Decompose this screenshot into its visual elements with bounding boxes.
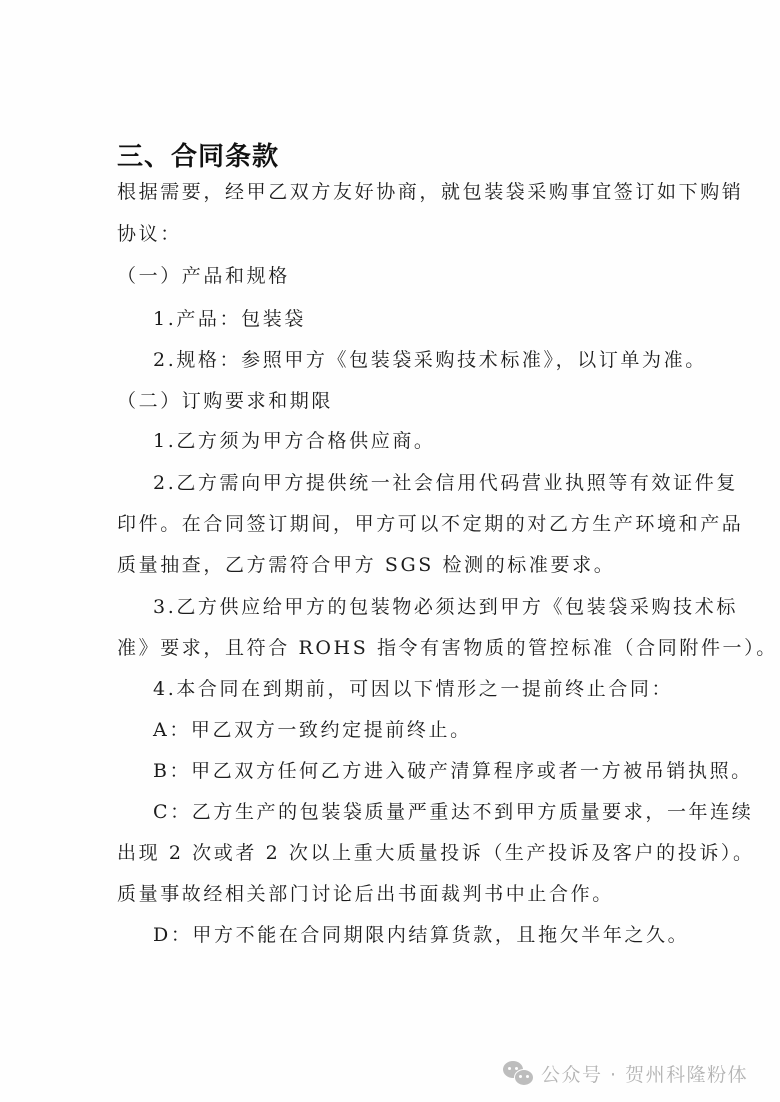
- paragraph-line-condition-c-cont-1: 出现 2 次或者 2 次以上重大质量投诉（生产投诉及客户的投诉）。: [117, 840, 755, 866]
- list-item-condition-c: C：乙方生产的包装袋质量严重达不到甲方质量要求，一年连续: [153, 799, 753, 825]
- list-item-condition-b: B：甲乙双方任何乙方进入破产清算程序或者一方被吊销执照。: [153, 758, 753, 784]
- list-item-requirement-2: 2.乙方需向甲方提供统一社会信用代码营业执照等有效证件复: [153, 470, 738, 496]
- wechat-watermark: 公众号 · 贺州科隆粉体: [503, 1058, 748, 1088]
- list-item-product: 1.产品：包装袋: [153, 306, 306, 332]
- watermark-text: 公众号 · 贺州科隆粉体: [541, 1060, 748, 1087]
- subsection-heading-requirements: （二）订购要求和期限: [117, 388, 333, 414]
- section-title: 三、合同条款: [117, 140, 279, 174]
- wechat-icon: [503, 1060, 533, 1086]
- list-item-condition-a: A：甲乙双方一致约定提前终止。: [153, 717, 472, 743]
- paragraph-line-requirement-3-cont: 准》要求，且符合 ROHS 指令有害物质的管控标准（合同附件一）。: [117, 635, 778, 661]
- list-item-condition-d: D：甲方不能在合同期限内结算货款，且拖欠半年之久。: [153, 922, 689, 948]
- paragraph-line-requirement-2-cont-2: 质量抽查，乙方需符合甲方 SGS 检测的标准要求。: [117, 552, 615, 578]
- list-item-requirement-4: 4.本合同在到期前，可因以下情形之一提前终止合同：: [153, 676, 673, 702]
- paragraph-line-intro-1: 根据需要，经甲乙双方友好协商，就包装袋采购事宜签订如下购销: [117, 179, 743, 205]
- paragraph-line-intro-2: 协议：: [117, 221, 182, 247]
- document-page: 三、合同条款 根据需要，经甲乙双方友好协商，就包装袋采购事宜签订如下购销 协议：…: [0, 0, 780, 1102]
- subsection-heading-products: （一）产品和规格: [117, 263, 290, 289]
- paragraph-line-requirement-2-cont-1: 印件。在合同签订期间，甲方可以不定期的对乙方生产环境和产品: [117, 511, 743, 537]
- list-item-requirement-1: 1.乙方须为甲方合格供应商。: [153, 428, 436, 454]
- list-item-requirement-3: 3.乙方供应给甲方的包装物必须达到甲方《包装袋采购技术标: [153, 594, 738, 620]
- paragraph-line-condition-c-cont-2: 质量事故经相关部门讨论后出书面裁判书中止合作。: [117, 881, 614, 907]
- list-item-spec: 2.规格：参照甲方《包装袋采购技术标准》，以订单为准。: [153, 347, 707, 373]
